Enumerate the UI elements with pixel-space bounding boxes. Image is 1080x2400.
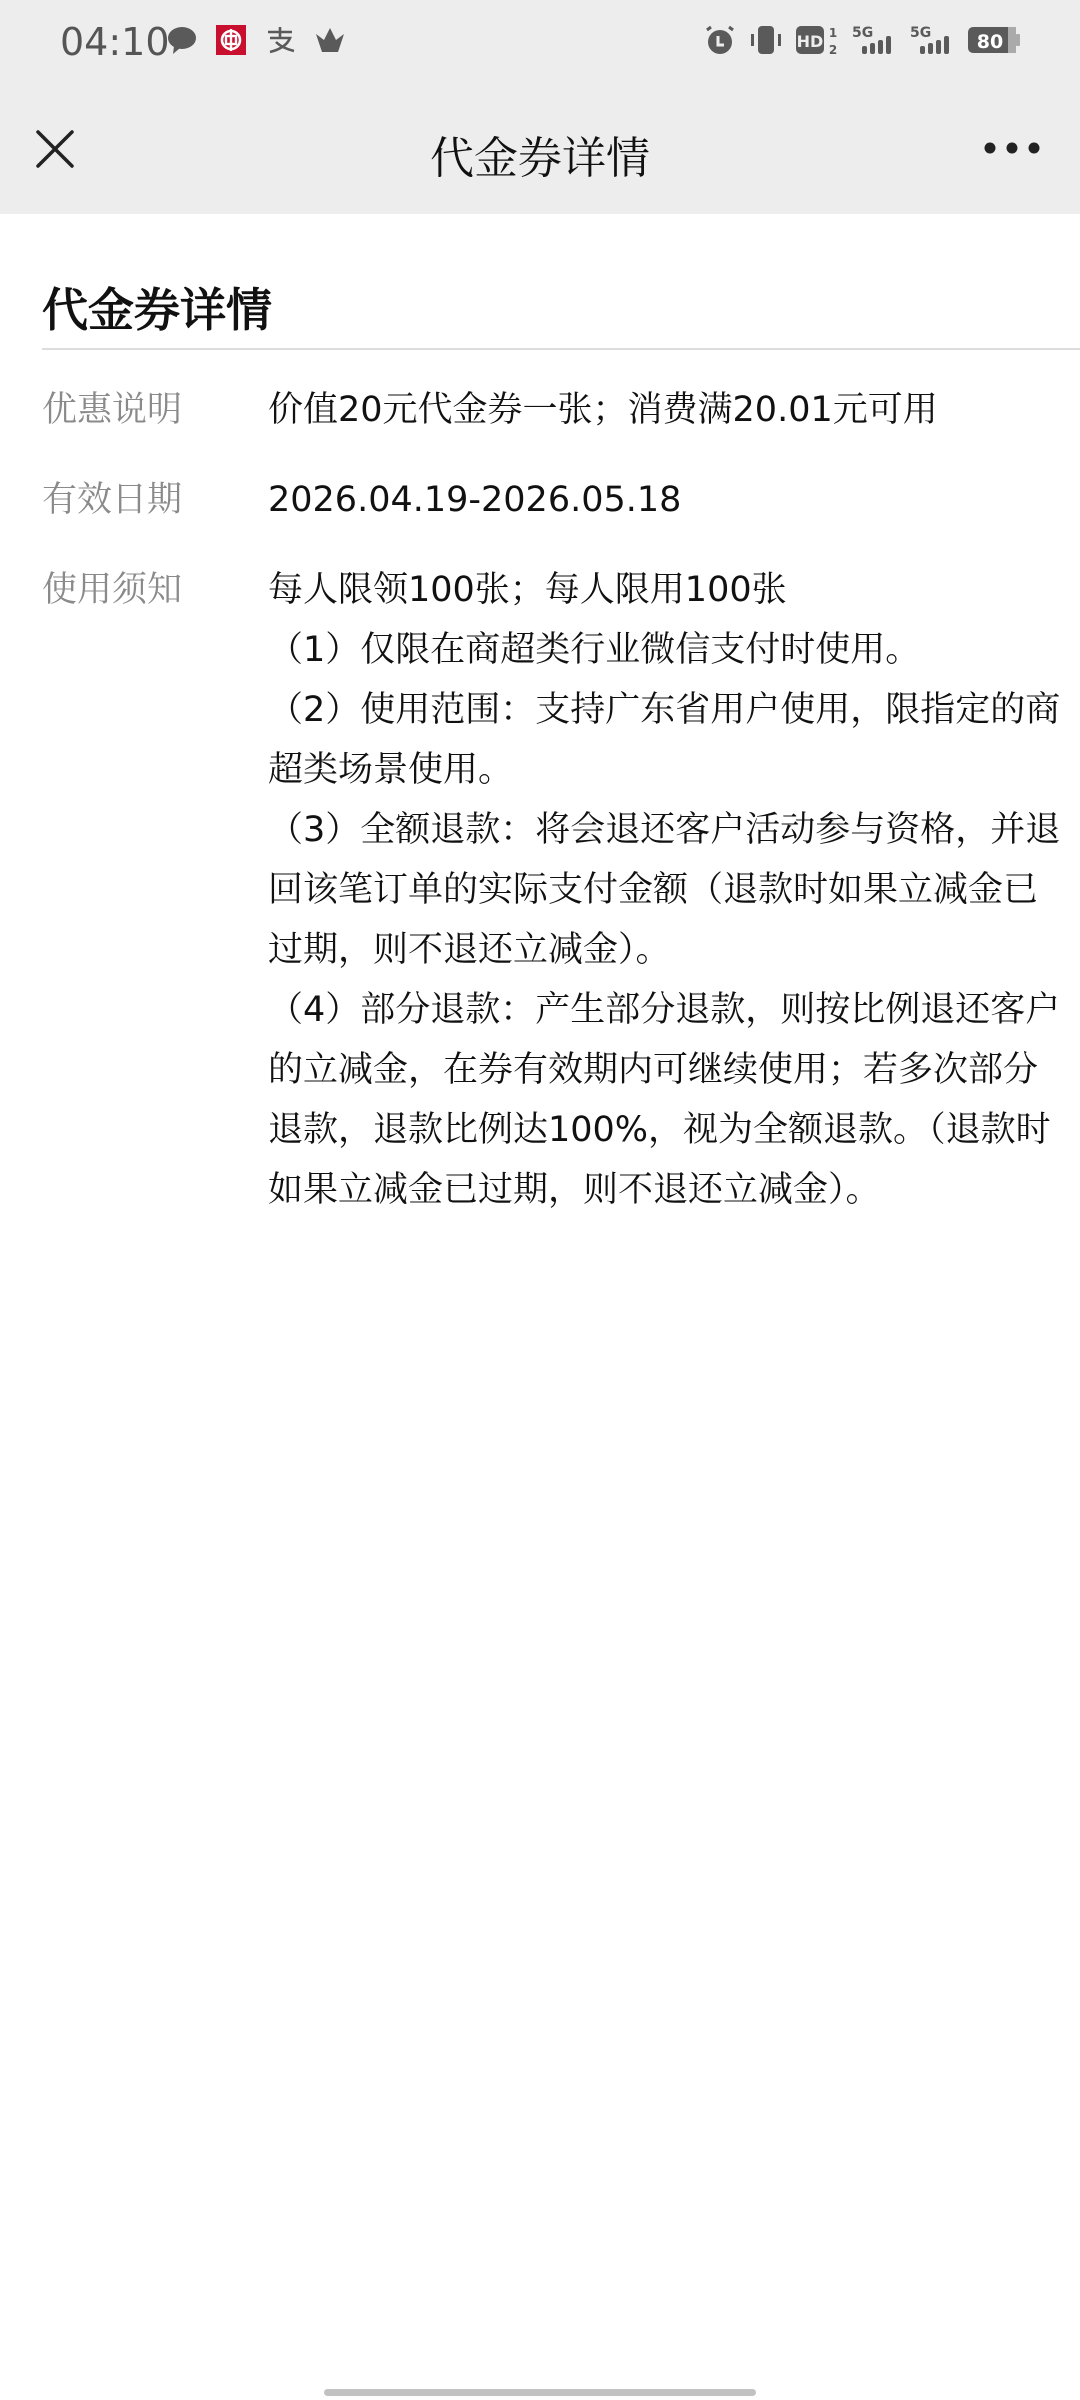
- svg-text:HD: HD: [797, 32, 824, 51]
- section-title: 代金券详情: [42, 274, 272, 340]
- signal-5g-sim2-icon: 5G: [910, 24, 956, 60]
- nav-title: 代金券详情: [0, 122, 1080, 186]
- row-value-list: 每人限领100张；每人限用100张 （1）仅限在商超类行业微信支付时使用。 （2…: [268, 560, 1068, 1220]
- svg-text:1: 1: [829, 26, 837, 40]
- usage-note-line: （3）全额退款：将会退还客户活动参与资格，并退回该笔订单的实际支付金额（退款时如…: [268, 800, 1068, 980]
- svg-text:5G: 5G: [910, 25, 931, 41]
- status-time: 04:10: [60, 20, 170, 64]
- home-indicator[interactable]: [324, 2389, 756, 2396]
- crown-icon: [314, 26, 346, 58]
- system-icons: HD12 5G 5G 80: [704, 24, 1022, 60]
- vibrate-icon: [748, 24, 784, 60]
- alarm-icon: [704, 24, 736, 60]
- signal-5g-sim1-icon: 5G: [852, 24, 898, 60]
- row-label: 优惠说明: [42, 380, 262, 440]
- row-value: 2026.04.19-2026.05.18: [268, 470, 1068, 530]
- svg-text:5G: 5G: [852, 25, 873, 41]
- row-value: 价值20元代金券一张；消费满20.01元可用: [268, 380, 1068, 440]
- divider: [42, 348, 1080, 350]
- battery-level: 80: [977, 31, 1003, 53]
- more-button[interactable]: [980, 136, 1044, 160]
- usage-note-line: （2）使用范围：支持广东省用户使用，限指定的商超类场景使用。: [268, 680, 1068, 800]
- more-icon: [980, 145, 1044, 164]
- row-label: 使用须知: [42, 560, 262, 620]
- status-bar: 04:10 HD12 5G 5G 80: [0, 0, 1080, 82]
- bank-of-china-icon: [216, 25, 246, 59]
- hd-volte-icon: HD12: [796, 24, 840, 60]
- usage-note-line: 每人限领100张；每人限用100张: [268, 560, 1068, 620]
- battery-icon: 80: [968, 24, 1022, 60]
- notification-icons: [166, 24, 346, 60]
- usage-note-line: （4）部分退款：产生部分退款，则按比例退还客户的立减金，在券有效期内可继续使用；…: [268, 980, 1068, 1220]
- row-label: 有效日期: [42, 470, 262, 530]
- nav-bar: 代金券详情: [0, 82, 1080, 214]
- alipay-icon: [264, 26, 296, 58]
- usage-note-line: （1）仅限在商超类行业微信支付时使用。: [268, 620, 1068, 680]
- svg-text:2: 2: [829, 43, 837, 56]
- message-bubble-icon: [166, 24, 198, 60]
